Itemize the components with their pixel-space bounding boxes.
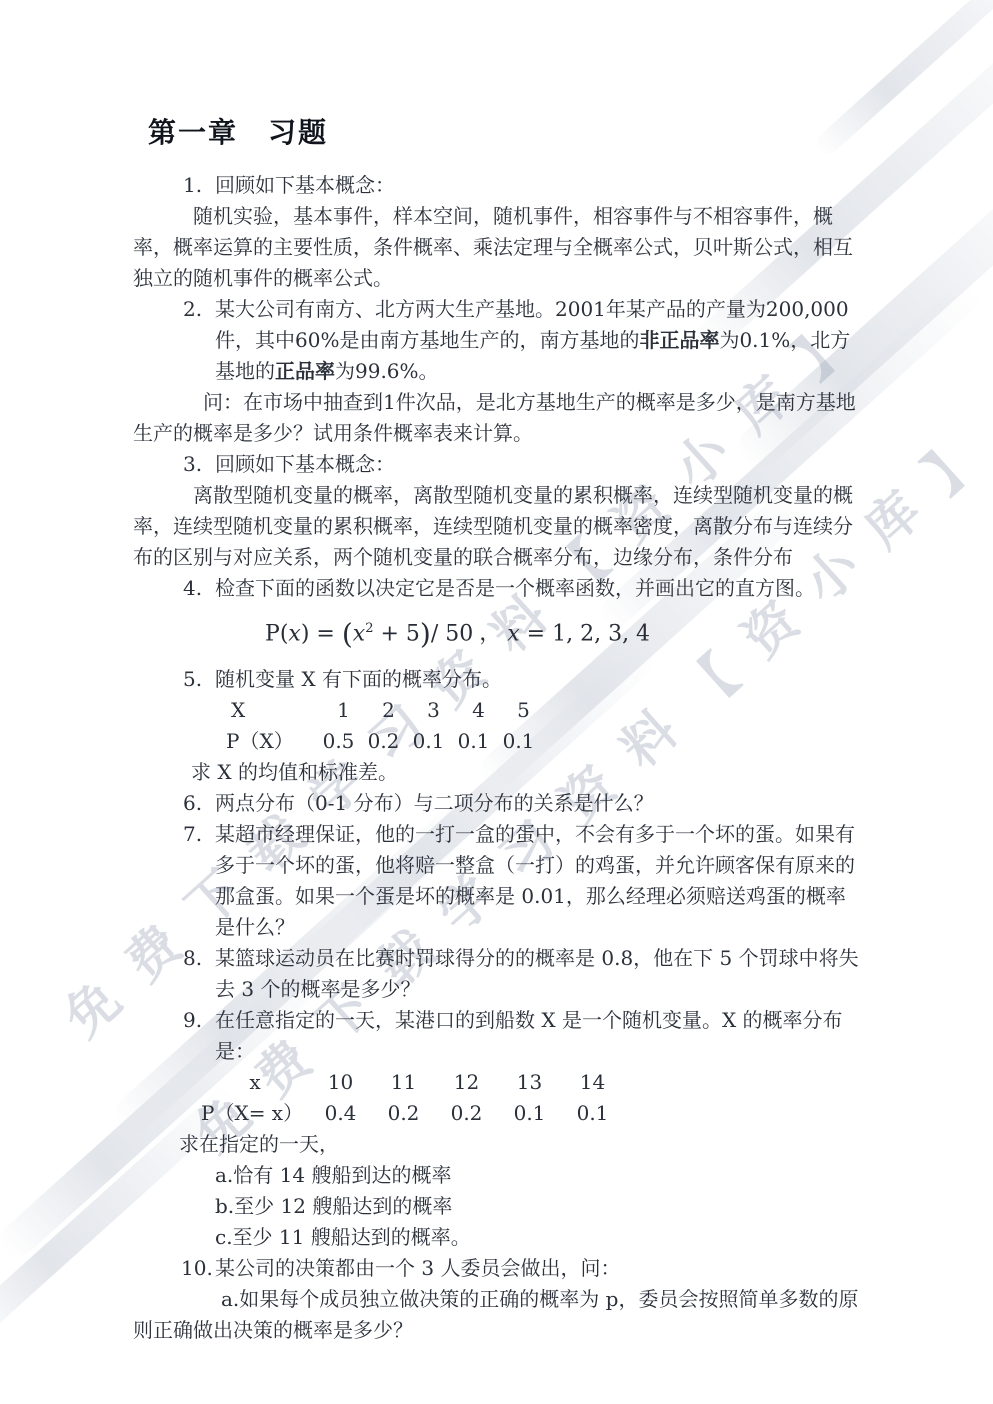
problem-text: 随机变量 X 有下面的概率分布。: [215, 664, 865, 695]
problem-number: 9.: [183, 1005, 202, 1036]
document-content: 第一章 习题 1. 回顾如下基本概念： 随机实验，基本事件，样本空间，随机事件，…: [133, 116, 865, 1346]
problem-number: 7.: [183, 819, 202, 850]
formula-token: ): [420, 617, 431, 650]
formula-token: x: [353, 621, 365, 646]
problem-2: 2. 某大公司有南方、北方两大生产基地。2001年某产品的产量为200,000件…: [133, 294, 865, 449]
table-cell: 0.4: [309, 1098, 372, 1129]
table-cell: 0.2: [361, 726, 406, 757]
problem-10: 10. 某公司的决策都由一个 3 人委员会做出，问： a.如果每个成员独立做决策…: [133, 1253, 865, 1346]
problem-number: 6.: [183, 788, 202, 819]
distribution-table-row-p: P（X）0.50.20.10.10.1: [215, 726, 865, 757]
problem-text: 在任意指定的一天，某港口的到船数 X 是一个随机变量。X 的概率分布是：: [215, 1005, 865, 1067]
formula-token: x: [288, 621, 300, 646]
problem-note: 求在指定的一天，: [179, 1129, 865, 1160]
table-cell: 0.5: [316, 726, 361, 757]
formula-token: x: [507, 621, 519, 646]
table-cell: 5: [501, 695, 546, 726]
formula-token: + 5: [373, 621, 419, 646]
ship-table-row-p: P（X= x）0.40.20.20.10.1: [201, 1098, 865, 1129]
table-cell: 1: [321, 695, 366, 726]
problem-6: 6. 两点分布（0-1 分布）与二项分布的关系是什么？: [133, 788, 865, 819]
problem-text: 某公司的决策都由一个 3 人委员会做出，问：: [215, 1253, 865, 1284]
sub-question-a: a.恰有 14 艘船到达的概率: [215, 1160, 865, 1191]
problem-4: 4. 检查下面的函数以决定它是否是一个概率函数，并画出它的直方图。 P(x) =…: [133, 573, 865, 652]
table-cell: 10: [309, 1067, 372, 1098]
table-cell: 0.2: [372, 1098, 435, 1129]
problem-number: 10.: [181, 1253, 213, 1284]
problem-text: 回顾如下基本概念：: [215, 449, 865, 480]
table-cell: P（X= x）: [201, 1098, 309, 1129]
bold-term-good-rate: 正品率: [275, 359, 335, 383]
problem-1: 1. 回顾如下基本概念： 随机实验，基本事件，样本空间，随机事件，相容事件与不相…: [133, 170, 865, 294]
formula-token: 1, 2, 3, 4: [552, 621, 650, 646]
formula-token: ，: [473, 621, 507, 646]
problem-9: 9. 在任意指定的一天，某港口的到船数 X 是一个随机变量。X 的概率分布是： …: [133, 1005, 865, 1253]
table-cell: 13: [498, 1067, 561, 1098]
problem-number: 4.: [183, 573, 202, 604]
formula-token: (: [342, 617, 353, 650]
table-cell: 12: [435, 1067, 498, 1098]
problem-detail: 离散型随机变量的概率，离散型随机变量的累积概率，连续型随机变量的概率，连续型随机…: [133, 480, 865, 573]
problem-number: 2.: [183, 294, 202, 325]
sub-question-c: c.至少 11 艘船达到的概率。: [215, 1222, 865, 1253]
distribution-table-row-x: X12345: [215, 695, 865, 726]
problem-note: 求 X 的均值和标准差。: [191, 757, 865, 788]
problem-detail: 随机实验，基本事件，样本空间，随机事件，相容事件与不相容事件，概率，概率运算的主…: [133, 201, 865, 294]
sub-question-b: b.至少 12 艘船达到的概率: [215, 1191, 865, 1222]
problem-text: 某大公司有南方、北方两大生产基地。2001年某产品的产量为200,000件，其中…: [215, 294, 865, 387]
problem-7: 7. 某超市经理保证，他的一打一盒的蛋中，不会有多于一个坏的蛋。如果有多于一个坏…: [133, 819, 865, 943]
bold-term-defect-rate: 非正品率: [639, 328, 719, 352]
table-cell: P（X）: [215, 726, 316, 757]
problem-question: 问：在市场中抽查到1件次品，是北方基地生产的概率是多少，是南方基地生产的概率是多…: [133, 387, 865, 449]
problem-text: 回顾如下基本概念：: [215, 170, 865, 201]
page-title: 第一章 习题: [148, 116, 865, 150]
problem-text: 某超市经理保证，他的一打一盒的蛋中，不会有多于一个坏的蛋。如果有多于一个坏的蛋，…: [215, 819, 865, 943]
sub-question-a: a.如果每个成员独立做决策的正确的概率为 p，委员会按照简单多数的原则正确做出决…: [133, 1284, 865, 1346]
problem-text: 两点分布（0-1 分布）与二项分布的关系是什么？: [215, 788, 865, 819]
table-cell: X: [215, 695, 321, 726]
problem-number: 8.: [183, 943, 202, 974]
table-cell: x: [201, 1067, 309, 1098]
problem-3: 3. 回顾如下基本概念： 离散型随机变量的概率，离散型随机变量的累积概率，连续型…: [133, 449, 865, 573]
ship-table-row-x: x1011121314: [201, 1067, 865, 1098]
problem-text: 检查下面的函数以决定它是否是一个概率函数，并画出它的直方图。: [215, 573, 865, 604]
table-cell: 11: [372, 1067, 435, 1098]
problem-number: 5.: [183, 664, 202, 695]
table-cell: 0.1: [561, 1098, 624, 1129]
formula-token: =: [309, 621, 341, 646]
problem-text: 某篮球运动员在比赛时罚球得分的的概率是 0.8，他在下 5 个罚球中将失去 3 …: [215, 943, 865, 1005]
problem-number: 1.: [183, 170, 202, 201]
table-cell: 3: [411, 695, 456, 726]
formula-token: =: [520, 621, 552, 646]
formula-token: P: [265, 621, 280, 646]
table-cell: 4: [456, 695, 501, 726]
problem-8: 8. 某篮球运动员在比赛时罚球得分的的概率是 0.8，他在下 5 个罚球中将失去…: [133, 943, 865, 1005]
table-cell: 0.1: [406, 726, 451, 757]
problem-5: 5. 随机变量 X 有下面的概率分布。 X12345 P（X）0.50.20.1…: [133, 664, 865, 788]
problem-number: 3.: [183, 449, 202, 480]
document-page: 免费下载学习资料【资小库】 免费下载学习资料【资小库】 第一章 习题 1. 回顾…: [0, 0, 993, 1404]
table-cell: 0.2: [435, 1098, 498, 1129]
table-cell: 0.1: [496, 726, 541, 757]
table-cell: 2: [366, 695, 411, 726]
table-cell: 14: [561, 1067, 624, 1098]
formula-token: / 50: [431, 621, 473, 646]
table-cell: 0.1: [451, 726, 496, 757]
probability-formula: P(x) = (x2 + 5)/ 50，x = 1, 2, 3, 4: [265, 611, 865, 652]
text-segment: 为99.6%。: [335, 359, 439, 383]
table-cell: 0.1: [498, 1098, 561, 1129]
